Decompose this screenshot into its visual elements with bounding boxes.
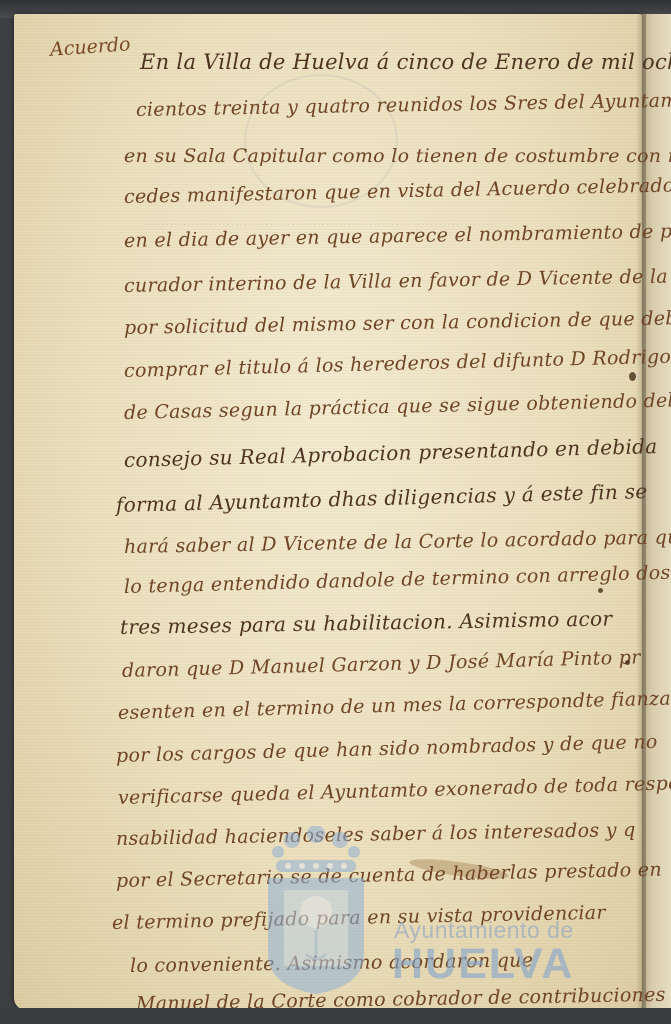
manuscript-line: en su Sala Capitular como lo tienen de c… [124, 145, 671, 167]
manuscript-line: En la Villa de Huelva á cinco de Enero d… [140, 50, 671, 74]
ink-blot [625, 660, 630, 665]
watermark-title: HUELVA [392, 940, 574, 989]
ink-blot [629, 372, 636, 381]
scanner-background-bottom [0, 1008, 671, 1024]
coat-of-arms-watermark-icon [262, 826, 370, 996]
ink-blot [598, 588, 603, 593]
